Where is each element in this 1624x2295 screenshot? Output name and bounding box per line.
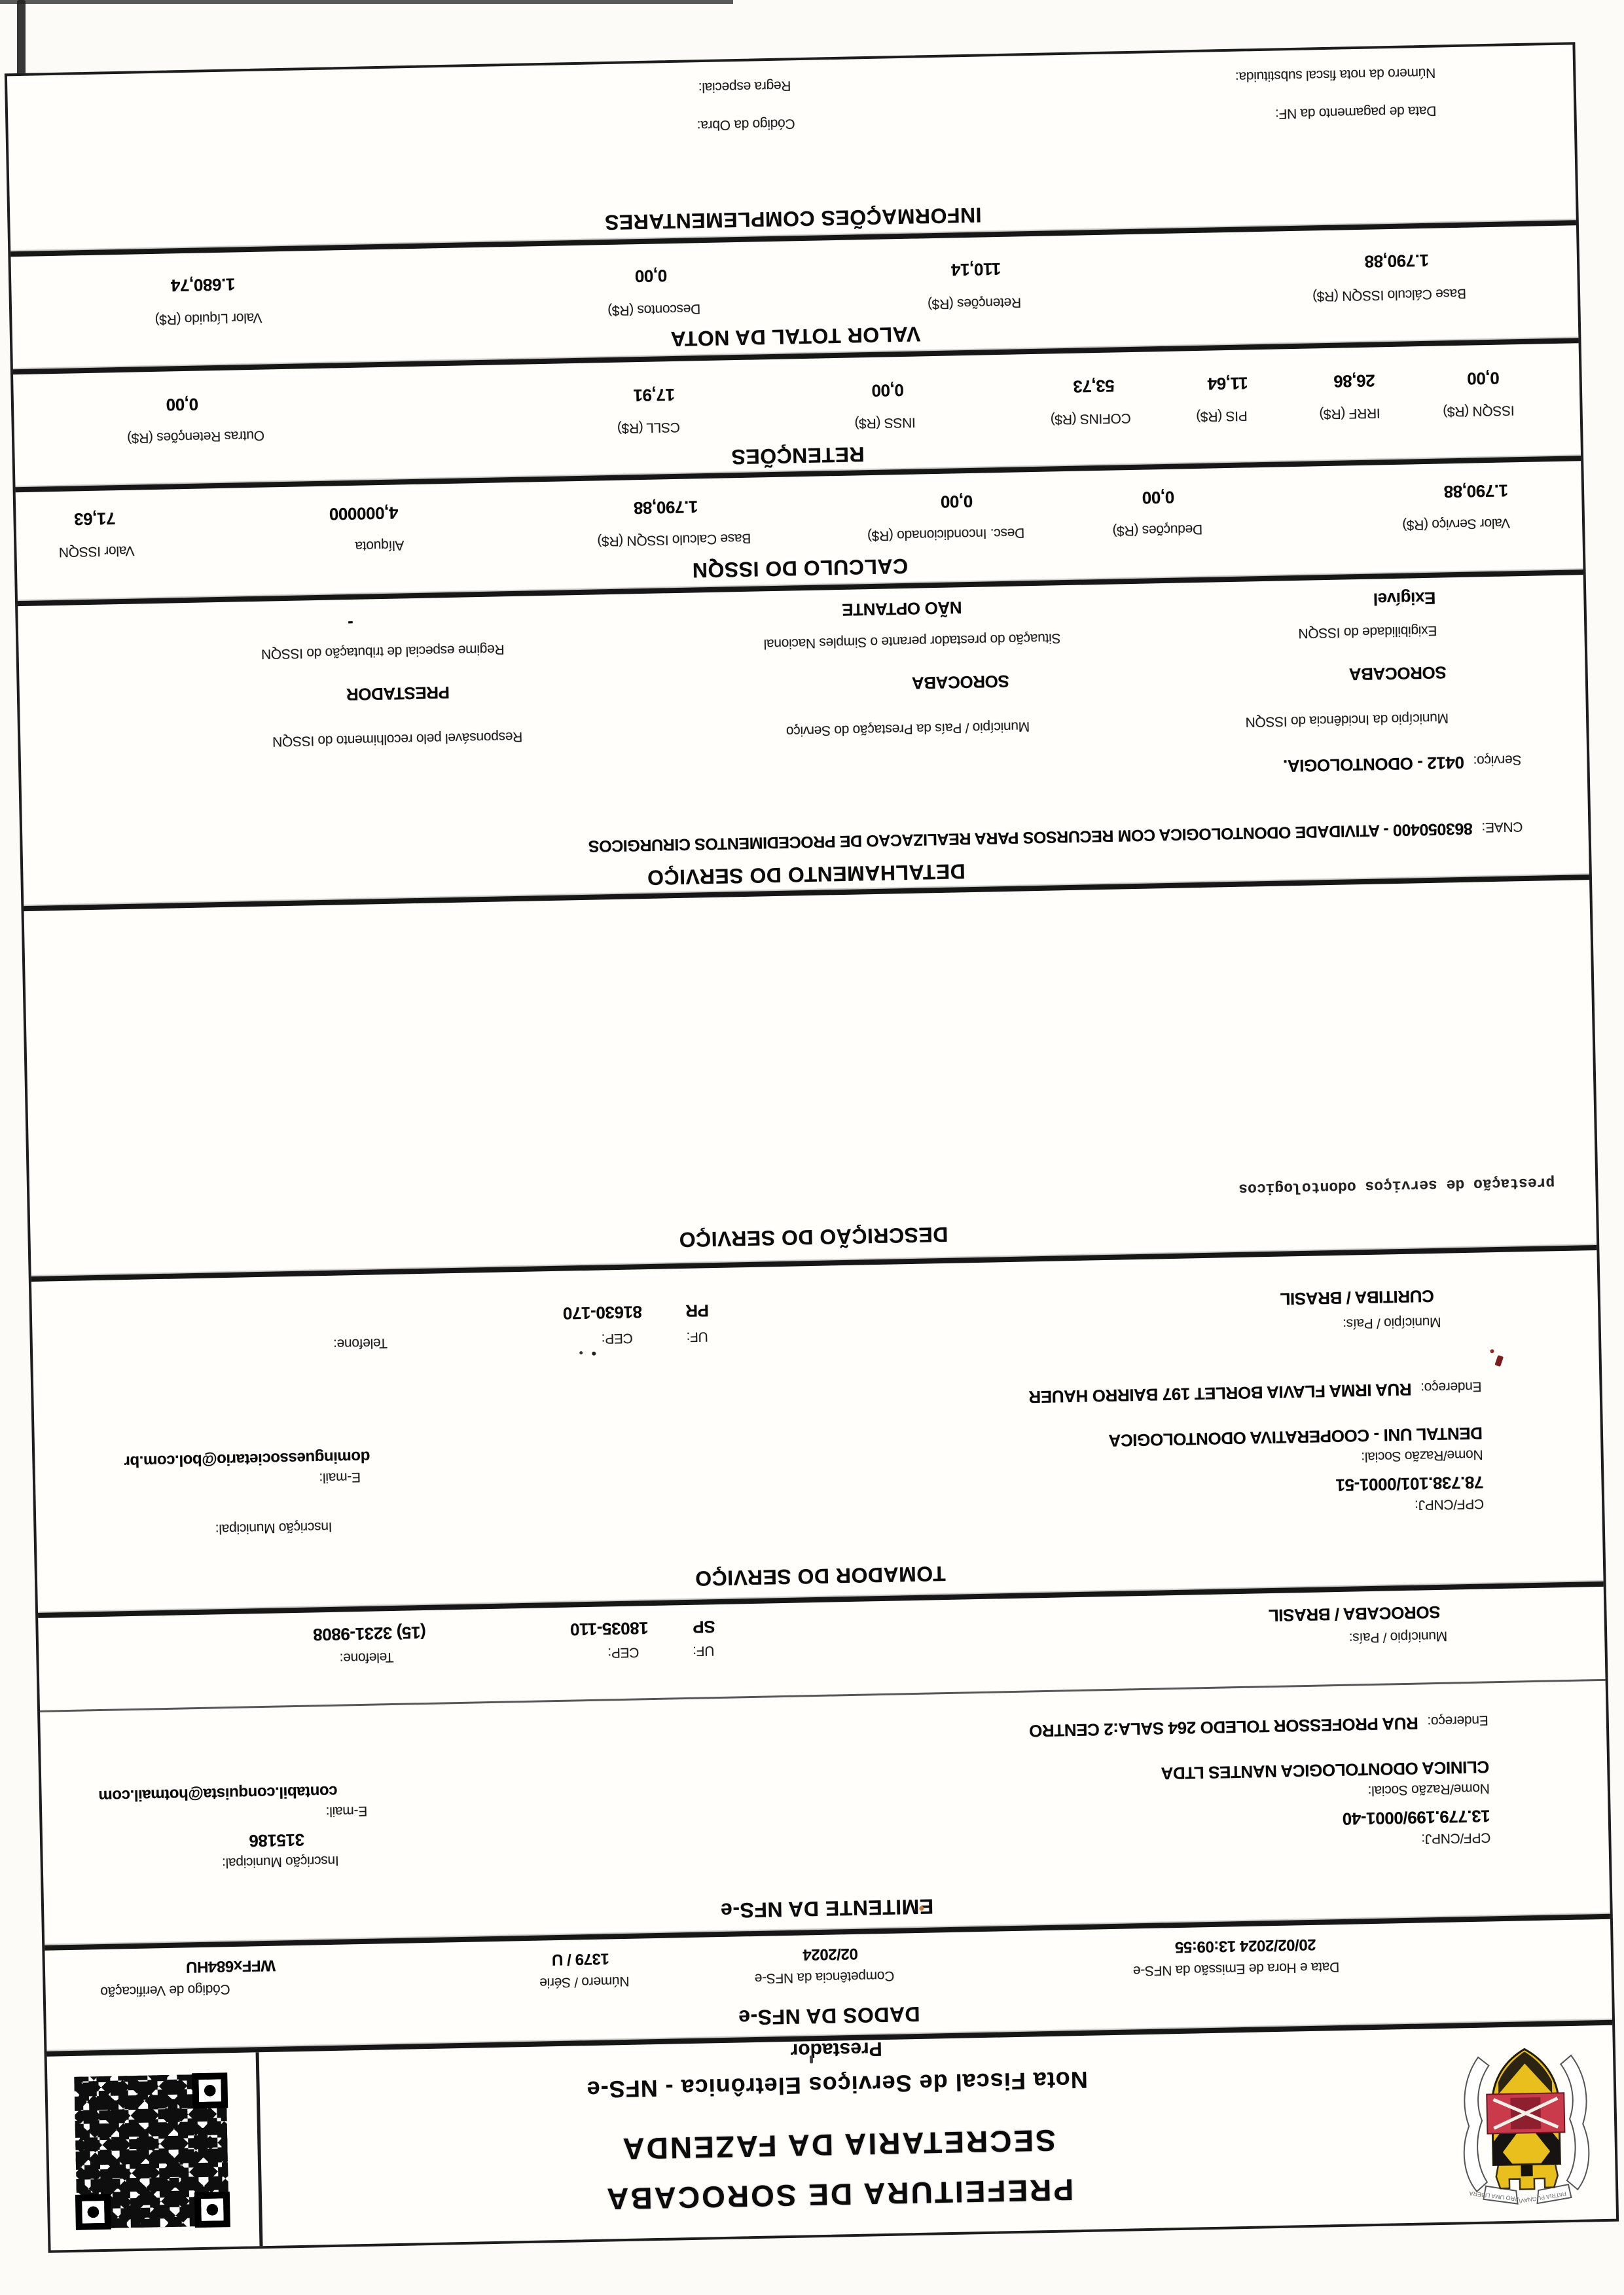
service-description-text: prestação de serviços odontologicos (1238, 1174, 1555, 1197)
field-label: Serviço: (1473, 752, 1522, 768)
field-value: 81630-170 (563, 1301, 642, 1323)
field-value: 11,64 (1208, 372, 1248, 393)
field-label: Número / Série (539, 1973, 629, 1991)
field-label: Retenções (R$) (928, 294, 1021, 312)
field-value: 0,00 (871, 380, 904, 401)
field-value: PRESTADOR (346, 682, 450, 704)
field-value: 1.680,74 (171, 274, 236, 295)
field-label: Endereço: (1428, 1712, 1489, 1729)
field-value: dominguessocietario@bol.com.br (124, 1447, 370, 1471)
field-value: NÃO OPTANTE (842, 597, 962, 620)
page-title: PREFEITURA DE SOROCABA (266, 2165, 1413, 2224)
field-label: Alíquota (355, 537, 404, 553)
nfse-scanned-document: PATRIA PUGNAVI PRO UMA LIBERA PREFEITURA… (5, 42, 1619, 2252)
field-value: 26,86 (1333, 370, 1375, 391)
scan-edge-artifact-top (0, 0, 733, 4)
field-value: 1.790,88 (634, 496, 698, 518)
field-label: IRRF (R$) (1319, 405, 1380, 422)
field-label: Código de Verificação (100, 1981, 230, 1999)
ink-speck (1494, 1355, 1504, 1367)
field-value: 1.790,88 (1365, 250, 1430, 272)
field-value: 78.738.101/0001-51 (1336, 1472, 1484, 1496)
header-secretaria: SECRETARIA DA FAZENDA (264, 2116, 1412, 2174)
field-label: Base Calculo ISSQN (R$) (597, 530, 751, 549)
field-label: Data de pagamento da NF: (1275, 103, 1437, 122)
ink-speck (579, 1351, 583, 1354)
field-label: CNAE: (1481, 819, 1523, 835)
field-label: Outras Retenções (R$) (127, 427, 264, 446)
field-label: Exigibilidade do ISSQN (1298, 623, 1437, 641)
field-label: E-mail: (326, 1803, 368, 1819)
field-value: 0,00 (1467, 368, 1500, 389)
field-label: Regra especial: (698, 77, 791, 95)
field-value: DENTAL UNI - COOPERATIVA ODONTOLOGICA (1109, 1423, 1483, 1451)
field-label: Inscrição Municipal: (222, 1852, 339, 1871)
section-title-descricao: DESCRIÇÃO DO SERVIÇO (31, 1209, 1597, 1265)
field-label: Telefone: (333, 1335, 388, 1352)
field-value: SOROCABA (912, 671, 1009, 693)
field-value: 18035-110 (570, 1617, 649, 1639)
qr-code-cell (47, 2052, 263, 2250)
field-label: Número da nota fiscal substituida: (1235, 65, 1436, 84)
field-label: Código da Obra: (697, 115, 795, 133)
qr-finder-icon (194, 2192, 230, 2228)
row-divider (40, 1679, 1606, 1712)
field-value: SOROCABA (1349, 662, 1447, 684)
field-label: ISSQN (R$) (1443, 402, 1514, 419)
field-label: INSS (R$) (855, 414, 916, 431)
field-label: CSLL (R$) (617, 419, 680, 436)
field-label: CPF/CNPJ: (1415, 1495, 1484, 1512)
field-label: Competência da NFS-e (755, 1968, 895, 1986)
field-value: CURITIBA / BRASIL (1280, 1286, 1434, 1309)
field-value: 0412 - ODONTOLOGIA. (1283, 753, 1464, 776)
field-cnae: CNAE:863050400 - ATIVIDADE ODONTOLOGICA … (588, 818, 1523, 856)
field-label: Município / País: (1349, 1628, 1448, 1646)
field-value: - (348, 613, 353, 634)
field-label: Responsável pelo recolhimento do ISSQN (272, 729, 522, 750)
field-endereco: Endereço:RUA IRMA FLAVIA BORLET 197 BAIR… (1029, 1378, 1482, 1407)
field-value: 4,000000 (329, 502, 399, 524)
field-label: Telefone: (340, 1649, 394, 1666)
field-endereco: Endereço:RUA PROFESSOR TOLEDO 264 SALA:2… (1029, 1711, 1489, 1741)
field-label: CEP: (602, 1330, 633, 1346)
field-label: Data e Hora de Emissão da NFS-e (1133, 1959, 1340, 1978)
ink-speck (810, 2055, 813, 2063)
ink-speck (592, 1352, 596, 1356)
field-value: 863050400 - ATIVIDADE ODONTOLOGICA COM R… (588, 820, 1473, 856)
field-label: Descontos (R$) (607, 300, 700, 318)
field-value: 02/2024 (803, 1944, 858, 1964)
field-label: Valor ISSQN (59, 543, 135, 560)
field-label: PIS (R$) (1196, 407, 1248, 424)
field-label: Valor Líquido (R$) (155, 310, 262, 327)
field-value: 0,00 (166, 394, 199, 415)
field-label: Nome/Razão Social: (1361, 1447, 1483, 1465)
ink-speck (1490, 1349, 1494, 1353)
field-label: Situação do prestador perante o Simples … (764, 630, 1061, 651)
field-label: E-mail: (319, 1469, 361, 1485)
sorocaba-coat-of-arms: PATRIA PUGNAVI PRO UMA LIBERA (1454, 2033, 1597, 2211)
field-label: Endereço: (1420, 1379, 1481, 1396)
field-label: UF: (687, 1328, 708, 1345)
section-title-tomador: TOMADOR DO SERVIÇO (37, 1548, 1603, 1604)
field-label: Desc. Incondicionado (R$) (867, 524, 1024, 543)
field-label: CEP: (607, 1644, 639, 1660)
field-value: 0,00 (1142, 487, 1175, 508)
field-value: 0,00 (941, 491, 973, 512)
field-servico: Serviço:0412 - ODONTOLOGIA. (1283, 751, 1522, 776)
field-value: 53,73 (1073, 375, 1115, 396)
qr-finder-icon (75, 2194, 111, 2230)
field-value: (15) 3231-9808 (313, 1622, 426, 1644)
header-titles: PREFEITURA DE SOROCABA SECRETARIA DA FAZ… (262, 2027, 1413, 2246)
field-label: Valor Serviço (R$) (1402, 515, 1510, 532)
field-value: SP (693, 1616, 715, 1637)
field-value: 1379 / U (552, 1949, 609, 1968)
field-label: Município / País da Prestação do Serviço (786, 718, 1030, 738)
field-label: Município da Incidência do ISSQN (1246, 710, 1449, 729)
field-value: 0,00 (635, 265, 668, 286)
field-label: Deduções (R$) (1113, 521, 1203, 539)
field-value: 17,91 (633, 384, 675, 405)
field-label: Regime especial de tributação do ISSQN (261, 641, 505, 661)
document-header: PATRIA PUGNAVI PRO UMA LIBERA PREFEITURA… (47, 2023, 1617, 2250)
section-title-emitente: EMITENTE DA NFS-e (44, 1881, 1610, 1936)
field-label: Inscrição Municipal: (215, 1519, 333, 1537)
qr-finder-icon (192, 2072, 228, 2108)
field-label: CPF/CNPJ: (1421, 1829, 1490, 1846)
field-value: WFFx684HU (186, 1956, 276, 1976)
field-label: COFINS (R$) (1051, 410, 1131, 427)
field-value: 13.779.199/0001-40 (1343, 1805, 1490, 1829)
field-value: contabil.conquista@hotmail.com (99, 1782, 338, 1805)
field-value: RUA PROFESSOR TOLEDO 264 SALA:2 CENTRO (1029, 1714, 1418, 1741)
field-label: Município / País: (1343, 1314, 1441, 1331)
field-value: Exigível (1373, 588, 1436, 609)
field-value: 71,63 (74, 508, 116, 529)
field-label: Base Cálculo ISSQN (R$) (1312, 285, 1466, 304)
field-value: RUA IRMA FLAVIA BORLET 197 BAIRRO HAUER (1029, 1380, 1412, 1407)
field-value: SOROCABA / BRASIL (1269, 1602, 1441, 1625)
field-value: 20/02/2024 13:09:55 (1175, 1935, 1316, 1956)
field-label: Nome/Razão Social: (1368, 1780, 1490, 1798)
field-value: PR (685, 1300, 709, 1321)
field-value: 315186 (249, 1830, 304, 1851)
field-value: CLINICA ODONTOLOGICA NANTES LTDA (1161, 1756, 1490, 1783)
qr-code (74, 2074, 229, 2229)
field-value: 1.790,88 (1444, 480, 1509, 501)
field-value: 110,14 (951, 259, 1001, 280)
field-label: UF: (693, 1642, 714, 1659)
